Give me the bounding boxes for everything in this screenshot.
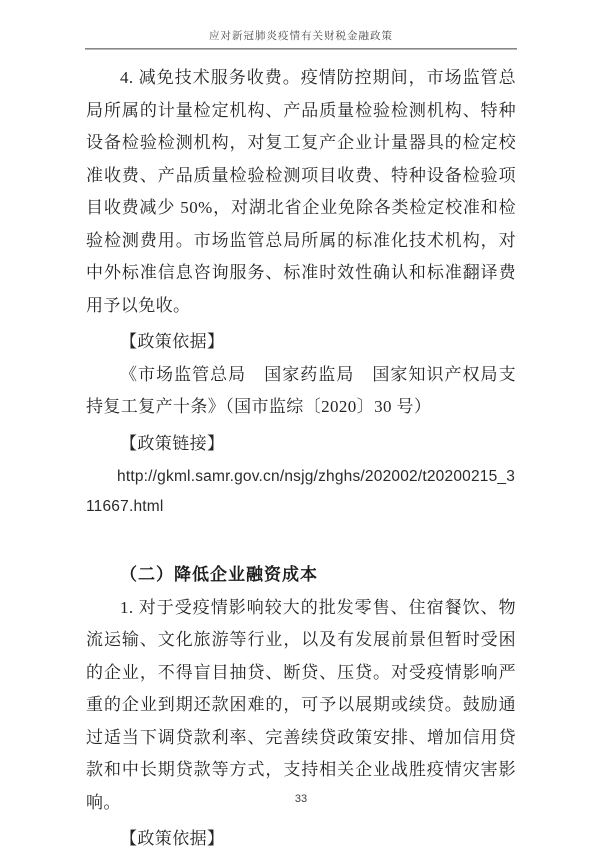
section-heading-2: （二）降低企业融资成本	[86, 559, 516, 592]
policy-basis-text: 《市场监管总局 国家药监局 国家知识产权局支持复工复产十条》（国市监综〔2020…	[86, 359, 516, 424]
paragraph-item-4: 4. 减免技术服务收费。疫情防控期间，市场监管总局所属的计量检定机构、产品质量检…	[86, 62, 516, 322]
paragraph-item-1: 1. 对于受疫情影响较大的批发零售、住宿餐饮、物流运输、文化旅游等行业，以及有发…	[86, 592, 516, 820]
document-page: 应对新冠肺炎疫情有关财税金融政策 4. 减免技术服务收费。疫情防控期间，市场监管…	[0, 0, 602, 860]
policy-basis-label-2: 【政策依据】	[86, 823, 516, 856]
page-number: 33	[295, 793, 307, 805]
running-header-title: 应对新冠肺炎疫情有关财税金融政策	[0, 31, 602, 43]
policy-basis-label: 【政策依据】	[86, 326, 516, 359]
document-content: 4. 减免技术服务收费。疫情防控期间，市场监管总局所属的计量检定机构、产品质量检…	[86, 62, 516, 856]
running-header: 应对新冠肺炎疫情有关财税金融政策	[0, 0, 602, 50]
policy-link-label: 【政策链接】	[86, 428, 516, 461]
header-rule	[85, 48, 517, 50]
policy-link-url: http://gkml.samr.gov.cn/nsjg/zhghs/20200…	[86, 462, 516, 522]
page-footer: 33	[0, 789, 602, 807]
